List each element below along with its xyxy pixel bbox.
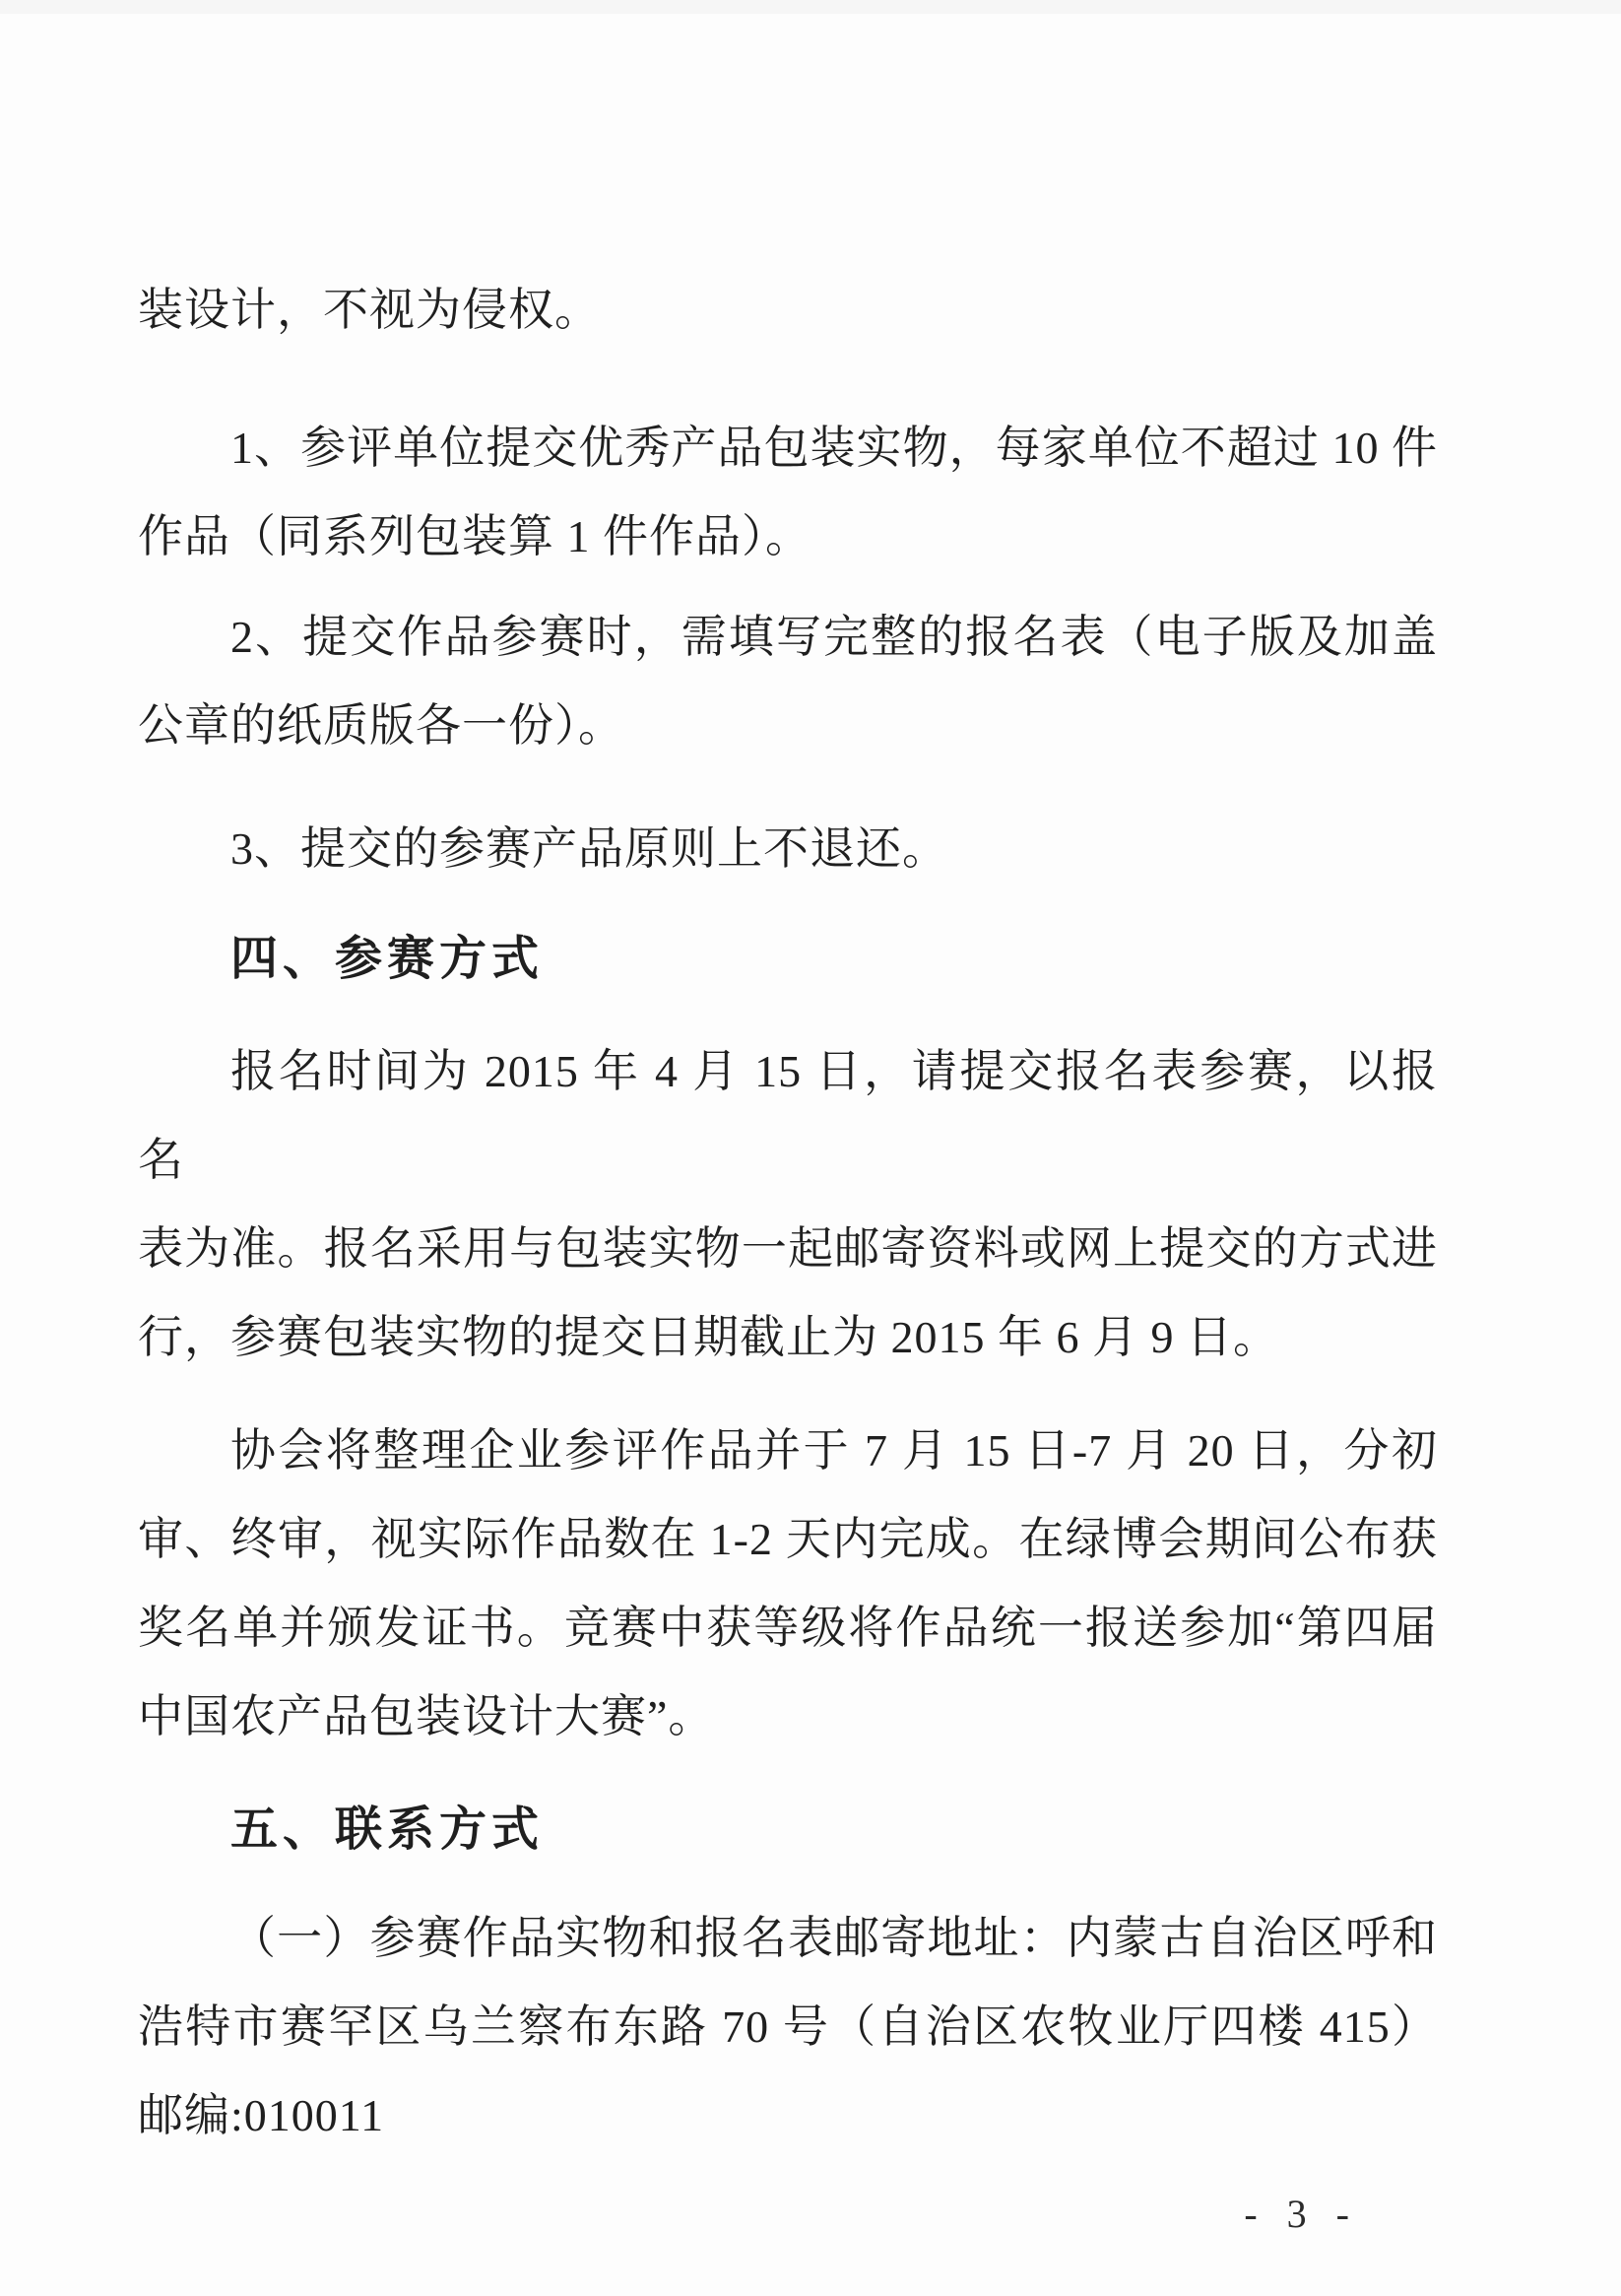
body-line-para2b: 审、终审，视实际作品数在 1-2 天内完成。在绿博会期间公布获 — [138, 1495, 1438, 1584]
body-line-item-1a: 1、参评单位提交优秀产品包装实物，每家单位不超过 10 件 — [138, 404, 1438, 492]
document-page: 装设计，不视为侵权。 1、参评单位提交优秀产品包装实物，每家单位不超过 10 件… — [0, 0, 1621, 2296]
body-line-para1b: 表为准。报名采用与包装实物一起邮寄资料或网上提交的方式进 — [138, 1205, 1438, 1293]
body-line-para2d: 中国农产品包装设计大赛”。 — [138, 1673, 1438, 1761]
section-heading-4: 四、参赛方式 — [138, 915, 1438, 1004]
body-line-item-2a: 2、提交作品参赛时，需填写完整的报名表（电子版及加盖 — [138, 593, 1438, 682]
body-line-postal-code: 邮编:010011 — [138, 2071, 1438, 2160]
body-line-para2c: 奖名单并颁发证书。竞赛中获等级将作品统一报送参加“第四届 — [138, 1584, 1438, 1673]
body-line-item-2b: 公章的纸质版各一份）。 — [138, 682, 1438, 770]
body-line-contact-b: 浩特市赛罕区乌兰察布东路 70 号（自治区农牧业厅四楼 415） — [138, 1983, 1438, 2071]
body-line-item-3: 3、提交的参赛产品原则上不退还。 — [138, 805, 1438, 893]
scan-artifact-band — [0, 0, 1621, 14]
body-line-para1a: 报名时间为 2015 年 4 月 15 日，请提交报名表参赛，以报名 — [138, 1027, 1438, 1205]
body-line-item-1b: 作品（同系列包装算 1 件作品）。 — [138, 492, 1438, 581]
page-number: - 3 - — [138, 2190, 1438, 2239]
body-line-para2a: 协会将整理企业参评作品并于 7 月 15 日-7 月 20 日，分初 — [138, 1407, 1438, 1495]
section-heading-5: 五、联系方式 — [138, 1786, 1438, 1874]
body-line-continuation: 装设计，不视为侵权。 — [138, 266, 1438, 355]
body-line-contact-a: （一）参赛作品实物和报名表邮寄地址：内蒙古自治区呼和 — [138, 1894, 1438, 1983]
body-line-para1c: 行，参赛包装实物的提交日期截止为 2015 年 6 月 9 日。 — [138, 1293, 1438, 1382]
